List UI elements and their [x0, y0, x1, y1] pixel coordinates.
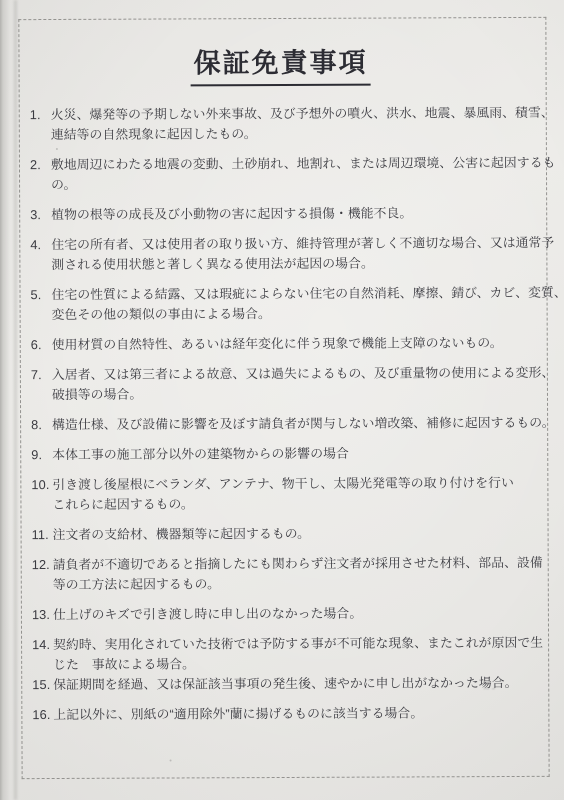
disclaimer-list: 1. 火災、爆発等の予期しない外来事故、及び予想外の噴火、洪水、地震、暴風雨、積… [30, 103, 556, 725]
item-number: 12. [32, 555, 53, 575]
item-text: 住宅の所有者、又は使用者の取り扱い方、維持管理が著しく不適切な場合、又は通常予 … [51, 233, 554, 275]
item-number: 9. [31, 445, 52, 465]
list-item: 10. 引き渡し後屋根にベランダ、アンテナ、物干し、太陽光発電等の取り付けを行い… [31, 473, 554, 515]
item-text: 使用材質の自然特性、あるいは経年変化に伴う現象で機能上支障のないもの。 [52, 333, 503, 355]
list-item: 13. 仕上げのキズで引き渡し時に申し出のなかった場合。 [32, 603, 555, 625]
page-title: 保証免責事項 [0, 40, 563, 87]
item-text: 請負者が不適切であると指摘したにも関わらず注文者が採用させた材料、部品、設備 等… [53, 553, 543, 595]
item-text: 上記以外に、別紙の“適用除外”蘭に揚げるものに該当する場合。 [53, 703, 423, 725]
list-item: 16. 上記以外に、別紙の“適用除外”蘭に揚げるものに該当する場合。 [32, 703, 555, 725]
list-item: 4. 住宅の所有者、又は使用者の取り扱い方、維持管理が著しく不適切な場合、又は通… [30, 233, 553, 275]
item-number: 4. [30, 235, 51, 255]
list-item: 15. 保証期間を経過、又は保証該当事項の発生後、速やかに申し出がなかった場合。 [32, 673, 555, 695]
item-number: 1. [30, 105, 51, 125]
item-text: 引き渡し後屋根にベランダ、アンテナ、物干し、太陽光発電等の取り付けを行い これら… [52, 473, 514, 515]
paper-left-edge [0, 0, 10, 800]
list-item: 8. 構造仕様、及び設備に影響を及ぼす請負者が関与しない増改築、補修に起因するも… [31, 413, 554, 435]
paper-sheet: 保証免責事項 1. 火災、爆発等の予期しない外来事故、及び予想外の噴火、洪水、地… [0, 0, 564, 800]
list-item: 7. 入居者、又は第三者による故意、又は過失によるもの、及び重量物の使用による変… [31, 363, 554, 405]
list-item: 5. 住宅の性質による結露、又は瑕疵によらない住宅の自然消耗、摩擦、錆び、カビ、… [30, 283, 553, 325]
item-number: 14. [32, 635, 53, 655]
pencil-smudge: ~‐ [483, 682, 498, 695]
item-number: 16. [32, 705, 53, 725]
list-item: 12. 請負者が不適切であると指摘したにも関わらず注文者が採用させた材料、部品、… [32, 553, 555, 595]
item-number: 13. [32, 605, 53, 625]
item-text: 植物の根等の成長及び小動物の害に起因する損傷・機能不良。 [51, 203, 412, 225]
list-item: 2. 敷地周辺にわたる地震の変動、土砂崩れ、地割れ、または周辺環境、公害に起因す… [30, 153, 553, 195]
list-item: 9. 本体工事の施工部分以外の建築物からの影響の場合 [31, 443, 554, 465]
list-item: 1. 火災、爆発等の予期しない外来事故、及び予想外の噴火、洪水、地震、暴風雨、積… [30, 103, 553, 145]
item-text: 契約時、実用化されていた技術では予防する事が不可能な現象、またこれが原因で生 じ… [53, 633, 543, 675]
list-item: 6. 使用材質の自然特性、あるいは経年変化に伴う現象で機能上支障のないもの。 [31, 333, 554, 355]
list-item: 3. 植物の根等の成長及び小動物の害に起因する損傷・機能不良。 [30, 203, 553, 225]
paper-edge-shadow [14, 0, 17, 800]
item-number: 6. [31, 335, 52, 355]
item-text: 火災、爆発等の予期しない外来事故、及び予想外の噴火、洪水、地震、暴風雨、積雪、 … [51, 103, 554, 145]
item-number: 2. [30, 155, 51, 175]
item-text: 仕上げのキズで引き渡し時に申し出のなかった場合。 [53, 604, 362, 625]
photo-tilt-wrapper: 保証免責事項 1. 火災、爆発等の予期しない外来事故、及び予想外の噴火、洪水、地… [0, 0, 564, 800]
paper-speck [170, 759, 172, 761]
item-number: 11. [32, 525, 53, 545]
item-text: 注文者の支給材、機器類等に起因するもの。 [53, 524, 311, 545]
item-text: 保証期間を経過、又は保証該当事項の発生後、速やかに申し出がなかった場合。 [53, 673, 517, 695]
item-number: 10. [31, 475, 52, 495]
paper-speck [56, 148, 58, 150]
item-text: 本体工事の施工部分以外の建築物からの影響の場合 [52, 444, 349, 465]
page-title-text: 保証免責事項 [190, 41, 370, 87]
list-item: 11. 注文者の支給材、機器類等に起因するもの。 [32, 523, 555, 545]
item-text: 住宅の性質による結露、又は瑕疵によらない住宅の自然消耗、摩擦、錆び、カビ、変質、… [51, 283, 564, 325]
item-number: 7. [31, 365, 52, 385]
item-number: 8. [31, 415, 52, 435]
item-number: 3. [30, 205, 51, 225]
list-item: 14. 契約時、実用化されていた技術では予防する事が不可能な現象、またこれが原因… [32, 633, 555, 675]
item-text: 敷地周辺にわたる地震の変動、土砂崩れ、地割れ、または周辺環境、公害に起因するも … [51, 153, 556, 195]
item-number: 5. [30, 285, 51, 305]
item-number: 15. [32, 675, 53, 695]
item-text: 入居者、又は第三者による故意、又は過失によるもの、及び重量物の使用による変形、 … [52, 363, 555, 405]
item-text: 構造仕様、及び設備に影響を及ぼす請負者が関与しない増改築、補修に起因するもの。 [52, 413, 555, 435]
